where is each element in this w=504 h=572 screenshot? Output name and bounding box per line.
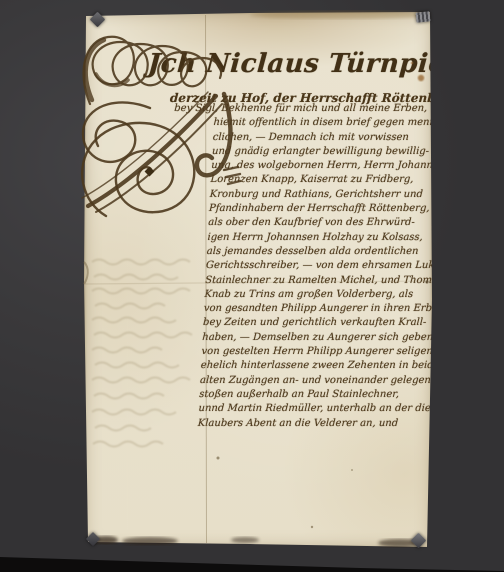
manuscript-line: ehelich hinterlassene zween Zehenten in … xyxy=(200,359,437,373)
manuscript-line: als ober den Kaufbrief von des Ehrwürd- xyxy=(208,216,445,230)
manuscript-line: clichen, — Demnach ich mit vorwissen xyxy=(212,131,449,145)
manuscript-line: von gesandten Philipp Aungerer in ihren … xyxy=(203,302,440,316)
manuscript-line: Stainlechner zu Ramelten Michel, und Tho… xyxy=(205,274,442,288)
manuscript-line: igen Herrn Johannsen Holzhay zu Kolsass, xyxy=(207,231,444,245)
manuscript-line: Kronburg und Rathians, Gerichtsherr und xyxy=(209,188,446,202)
manuscript-line: haben, — Demselben zu Aungerer sich gebe… xyxy=(202,331,439,345)
manuscript-line: als jemandes desselben alda ordentlichen xyxy=(206,245,443,259)
manuscript-line: Lorenzen Knapp, Kaiserrat zu Fridberg, xyxy=(210,173,447,187)
manuscript-photograph: Jch Niclaus Türnpichler, derzeit zu Hof,… xyxy=(0,0,504,572)
manuscript-line: bey Zeiten und gerichtlich verkauften Kr… xyxy=(203,316,440,330)
manuscript-page: Jch Niclaus Türnpichler, derzeit zu Hof,… xyxy=(84,12,432,548)
manuscript-line: ung, des wolgebornen Herrn, Herrn Johann xyxy=(211,159,448,173)
manuscript-line: Pfandinhabern der Herrschafft Röttenberg… xyxy=(209,202,446,216)
manuscript-headline: Jch Niclaus Türnpichler, xyxy=(147,49,504,79)
manuscript-body: bey Sigl, Bekhenne für mich und all mein… xyxy=(197,102,450,431)
manuscript-line: bey Sigl, Bekhenne für mich und all mein… xyxy=(174,102,451,116)
manuscript-line: von gestelten Herrn Philipp Aungerer sel… xyxy=(201,345,438,359)
manuscript-line: Knab zu Trins am großen Volderberg, als xyxy=(204,288,441,302)
manuscript-line: hiemit offentlich in disem brief gegen m… xyxy=(213,116,450,130)
corner-pin-top-right xyxy=(416,11,431,22)
manuscript-line: stoßen außerhalb an Paul Stainlechner, xyxy=(199,388,436,402)
manuscript-line: alten Zugängen an- und voneinander geleg… xyxy=(200,374,437,388)
manuscript-line: unnd Martin Riedmüller, unterhalb an der… xyxy=(198,402,435,416)
manuscript-line: und gnädig erlangter bewilligung bewilli… xyxy=(212,145,449,159)
manuscript-line: Klaubers Abent an die Velderer an, und xyxy=(197,417,434,431)
manuscript-line: Gerichtsschreiber, — von dem ehrsamen Lu… xyxy=(206,259,443,273)
